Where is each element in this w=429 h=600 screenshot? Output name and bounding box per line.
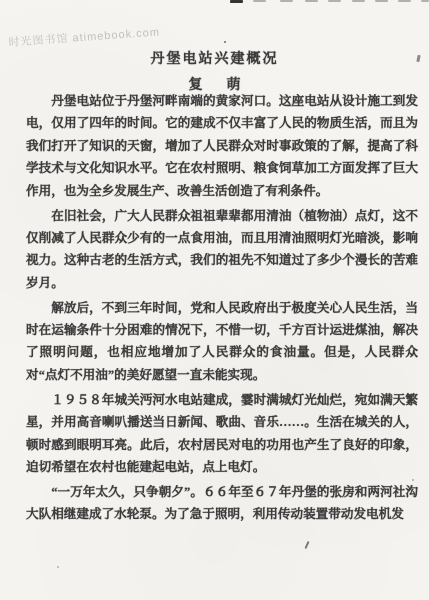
body-paragraph-1: 丹堡电站位于丹堡河畔南端的黄家河口。这座电站从设计施工到发电，仅用了四年的时间。… — [26, 90, 418, 202]
document-body: 丹堡电站位于丹堡河畔南端的黄家河口。这座电站从设计施工到发电，仅用了四年的时间。… — [26, 90, 418, 528]
document-title: 丹堡电站兴建概况 — [0, 48, 429, 68]
body-paragraph-4: １９５８年城关沔河水电站建成，霎时满城灯光灿烂，宛如满天繁星，并用高音喇叭播送当… — [26, 389, 418, 479]
scanned-document-page: 时光图书馆 atimebook.com 丹堡电站兴建概况 复萌 丹堡电站位于丹堡… — [0, 0, 429, 600]
ink-speck — [396, 104, 398, 106]
ink-speck — [412, 479, 414, 481]
body-paragraph-5: “一万年太久，只争朝夕”。６６年至６７年丹堡的张房和两河社沟大队相继建成了水轮泵… — [26, 481, 418, 526]
ink-speck — [57, 566, 59, 568]
document-content: 丹堡电站兴建概况 复萌 丹堡电站位于丹堡河畔南端的黄家河口。这座电站从设计施工到… — [0, 0, 429, 600]
body-paragraph-2: 在旧社会，广大人民群众祖祖辈辈都用清油（植物油）点灯，这不仅削减了人民群众少有的… — [26, 205, 418, 295]
ink-speck — [224, 41, 226, 43]
body-paragraph-3: 解放后，不到三年时间，党和人民政府出于极度关心人民生活，当时在运输条件十分困难的… — [26, 297, 418, 387]
